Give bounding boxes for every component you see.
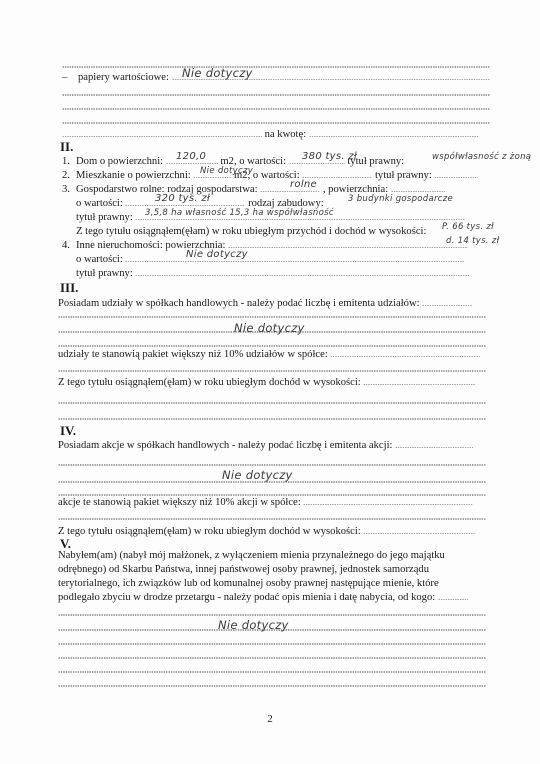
other-property-area-field[interactable] bbox=[228, 240, 468, 248]
section-V-paragraph-line: Nabyłem(am) (nabył mój małżonek, z wyłąc… bbox=[58, 550, 445, 562]
section-V-paragraph-line: odrębnego) od Skarbu Państwa, innej pańs… bbox=[58, 564, 429, 576]
farm-title-value: 3,5,8 ha własność 15,3 ha współwłasność bbox=[145, 208, 334, 218]
shares-over10-field[interactable] bbox=[330, 349, 480, 357]
other-property-row: Inne nieruchomości: powierzchnia: bbox=[76, 240, 468, 252]
section-V-paragraph-line: podlegało zbyciu w drodze przetargu - na… bbox=[58, 592, 435, 603]
securities-value: Nie dotyczy bbox=[182, 66, 253, 80]
amount-row: na kwotę: bbox=[62, 129, 490, 141]
house-title-value: współwłasność z żoną bbox=[432, 152, 531, 162]
section-heading-III: III. bbox=[60, 281, 78, 295]
stocks-value: Nie dotyczy bbox=[222, 468, 293, 482]
farm-income-label: Z tego tytułu osiągnąłem(ęłam) w roku ub… bbox=[76, 226, 426, 238]
securities-row: papiery wartościowe: bbox=[78, 72, 490, 84]
dotted-line bbox=[62, 66, 490, 68]
amount-label: na kwotę: bbox=[265, 129, 306, 140]
apartment-area-value: Nie dotyczy bbox=[200, 166, 253, 176]
apartment-title-field[interactable] bbox=[434, 170, 478, 178]
item-number: 2. bbox=[62, 170, 70, 182]
house-value: 380 tys. zł bbox=[302, 151, 357, 162]
other-property-title-row: tytuł prawny: bbox=[76, 268, 470, 280]
shares-row: Posiadam udziały w spółkach handlowych -… bbox=[58, 298, 472, 310]
dotted-line bbox=[58, 671, 486, 673]
apartment-label: Mieszkanie o powierzchni: bbox=[76, 170, 191, 181]
apartment-title-label: tytuł prawny: bbox=[375, 170, 432, 181]
stocks-row: Posiadam akcje w spółkach handlowych - n… bbox=[58, 440, 473, 452]
shares-value: Nie dotyczy bbox=[234, 321, 305, 335]
stocks-income-row: Z tego tytułu osiągnąłem(ęłam) w roku ub… bbox=[58, 526, 475, 538]
item-number: 4. bbox=[62, 240, 70, 252]
shares-field[interactable] bbox=[422, 298, 472, 306]
other-property-value-field[interactable] bbox=[125, 254, 465, 262]
farm-buildings-value: 3 budynki gospodarcze bbox=[348, 194, 453, 204]
section-V-row: podlegało zbyciu w drodze przetargu - na… bbox=[58, 592, 468, 604]
acquisition-value: Nie dotyczy bbox=[218, 618, 289, 632]
other-property-title-field[interactable] bbox=[135, 268, 470, 276]
section-heading-II: II. bbox=[60, 140, 73, 154]
dotted-line bbox=[58, 685, 486, 687]
dotted-line bbox=[62, 108, 490, 110]
house-area-value: 120,0 bbox=[176, 151, 206, 162]
shares-over10-label: udziały te stanowią pakiet większy niż 1… bbox=[58, 349, 328, 360]
apartment-value-field[interactable] bbox=[302, 170, 372, 178]
dotted-line bbox=[58, 657, 486, 659]
dotted-line bbox=[62, 94, 490, 96]
farm-value-label: o wartości: bbox=[76, 198, 123, 209]
stocks-over10-label: akcje te stanowią pakiet większy niż 10%… bbox=[58, 497, 301, 508]
dotted-line bbox=[58, 614, 486, 616]
other-property-value-label: o wartości: bbox=[76, 254, 123, 265]
shares-income-row: Z tego tytułu osiągnąłem(ęłam) w roku ub… bbox=[58, 377, 475, 389]
amount-prefix-dots bbox=[62, 129, 262, 137]
farm-area-field[interactable] bbox=[391, 184, 445, 192]
acquisition-field[interactable] bbox=[438, 592, 468, 600]
dotted-line bbox=[58, 643, 486, 645]
dotted-line bbox=[58, 316, 486, 318]
page-number: 2 bbox=[0, 713, 540, 725]
other-property-value-row: o wartości: bbox=[76, 254, 465, 266]
other-property-title-label: tytuł prawny: bbox=[76, 268, 133, 279]
stocks-over10-row: akcje te stanowią pakiet większy niż 10%… bbox=[58, 497, 473, 509]
section-heading-IV: IV. bbox=[60, 424, 76, 438]
dotted-line bbox=[58, 418, 486, 420]
stocks-label: Posiadam akcje w spółkach handlowych - n… bbox=[58, 440, 392, 451]
dotted-line bbox=[58, 402, 486, 404]
stocks-field[interactable] bbox=[395, 440, 473, 448]
dotted-line bbox=[58, 494, 486, 496]
farm-title-label: tytuł prawny: bbox=[76, 212, 133, 223]
dotted-line bbox=[58, 518, 486, 520]
section-heading-V: V. bbox=[60, 537, 71, 551]
farm-income-value-1: P. 66 tys. zł bbox=[442, 222, 494, 232]
dotted-line bbox=[58, 464, 486, 466]
section-V-paragraph-line: terytorialnego, ich związków lub od komu… bbox=[58, 578, 439, 590]
apartment-row: Mieszkanie o powierzchni: m2, o wartości… bbox=[76, 170, 478, 182]
house-label: Dom o powierzchni: bbox=[76, 156, 163, 167]
item-number: 1. bbox=[62, 156, 70, 168]
stocks-income-label: Z tego tytułu osiągnąłem(ęłam) w roku ub… bbox=[58, 526, 361, 537]
stocks-income-field[interactable] bbox=[363, 526, 475, 534]
stocks-over10-field[interactable] bbox=[303, 497, 473, 505]
amount-field[interactable] bbox=[309, 129, 479, 137]
shares-label: Posiadam udziały w spółkach handlowych -… bbox=[58, 298, 420, 309]
securities-label: papiery wartościowe: bbox=[78, 72, 169, 83]
item-number: 3. bbox=[62, 184, 70, 196]
shares-income-label: Z tego tytułu osiągnąłem(ęłam) w roku ub… bbox=[58, 377, 361, 388]
other-property-value: Nie dotyczy bbox=[186, 249, 248, 260]
farm-income-value-2: d. 14 tys. zł bbox=[446, 236, 499, 246]
dotted-line bbox=[58, 370, 486, 372]
shares-income-field[interactable] bbox=[363, 377, 475, 385]
bullet-dash: – bbox=[62, 72, 67, 84]
farm-type-value: rolne bbox=[290, 179, 317, 190]
dotted-line bbox=[58, 345, 486, 347]
document-page: – papiery wartościowe: Nie dotyczy na kw… bbox=[0, 0, 540, 764]
shares-over10-row: udziały te stanowią pakiet większy niż 1… bbox=[58, 349, 480, 361]
farm-value: 320 tys. zł bbox=[155, 193, 210, 204]
dotted-line bbox=[62, 122, 490, 124]
